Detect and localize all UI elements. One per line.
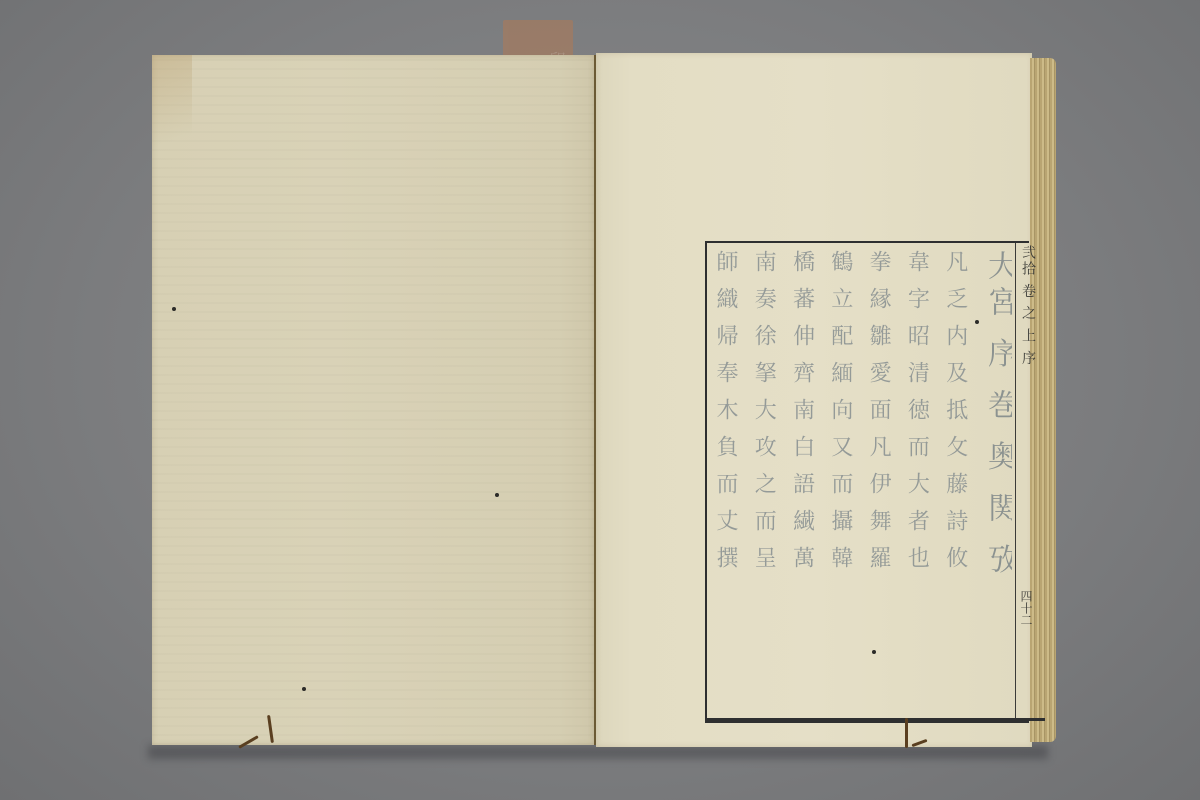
text-column: 南 奏 徐 拏 大 攻 之 而 呈 <box>750 250 776 710</box>
text-column: 凡 乏 内 及 抵 攵 藤 詩 攸 <box>942 250 968 710</box>
ink-speck <box>172 307 176 311</box>
text-column: 拳 縁 雛 愛 面 凡 伊 舞 羅 <box>865 250 891 710</box>
page-number: 四十二 <box>1018 590 1035 626</box>
page-edges <box>1030 58 1056 742</box>
left-page <box>152 55 594 745</box>
paper-stain <box>152 55 192 175</box>
ink-speck <box>975 320 979 324</box>
binding-thread <box>905 718 908 748</box>
frame-bottom-rule <box>705 718 1045 721</box>
text-column: 韋 字 昭 清 徳 而 大 者 也 <box>903 250 929 710</box>
text-column: 師 織 帰 奉 木 負 而 丈 撰 <box>712 250 738 710</box>
title-column: 大宮 序 巻 奥 関 攷 <box>986 250 1012 710</box>
text-column: 鶴 立 配 緬 向 又 而 攝 韓 <box>827 250 853 710</box>
ink-speck <box>872 650 876 654</box>
ink-speck <box>495 493 499 497</box>
frame-inner-rule <box>1015 243 1016 719</box>
paper-texture <box>152 55 594 745</box>
book-gutter <box>594 55 596 745</box>
text-block: 大宮 序 巻 奥 関 攷 凡 乏 内 及 抵 攵 藤 詩 攸 韋 字 昭 清 徳… <box>712 250 1012 710</box>
text-column: 橋 蕃 伸 齊 南 白 語 繊 萬 <box>789 250 815 710</box>
block-heart-label: 弐拾 卷 之 上 序 <box>1018 245 1038 367</box>
book-shadow <box>148 745 1048 759</box>
ink-speck <box>302 687 306 691</box>
